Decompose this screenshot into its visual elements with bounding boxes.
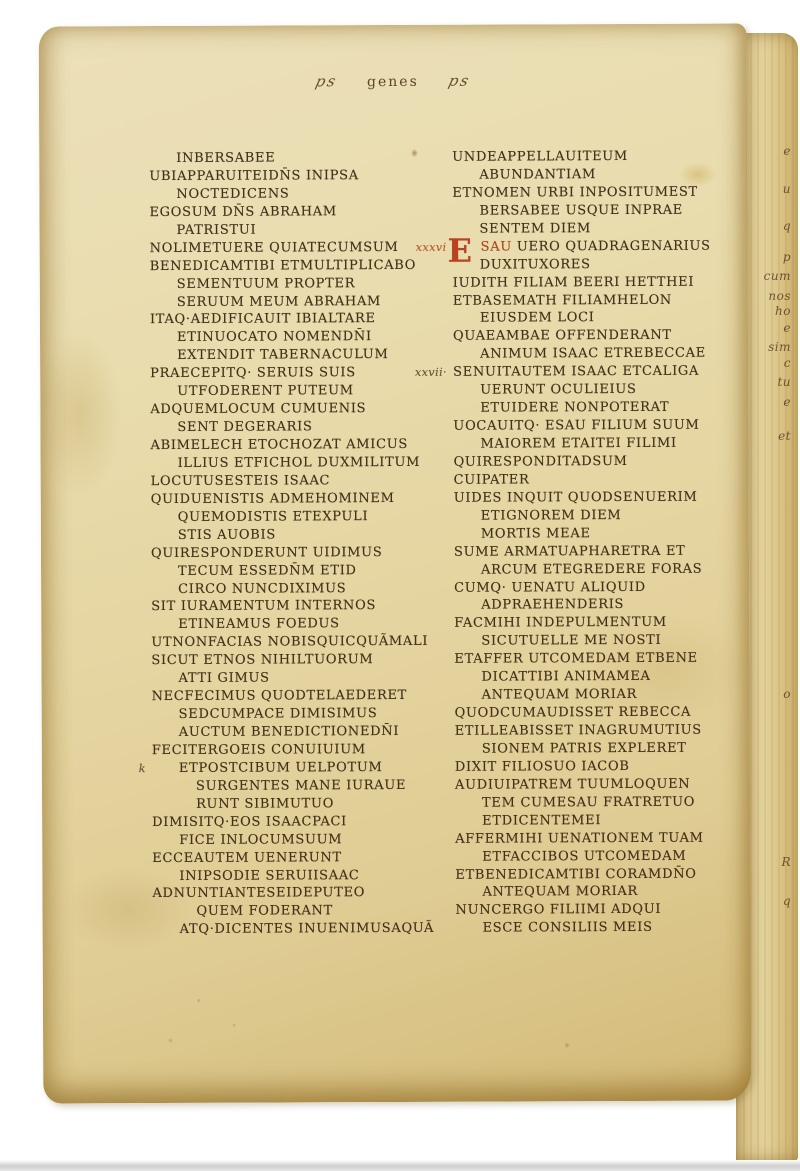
text-line: SENT DEGERARIS bbox=[150, 418, 470, 437]
margin-chapter-numeral: k bbox=[139, 761, 146, 776]
text-line: kETPOSTCIBUM UELPOTUM bbox=[152, 759, 472, 778]
line-text: BENEDICAMTIBI ETMULTIPLICABO bbox=[150, 258, 417, 274]
line-text: ETPOSTCIBUM UELPOTUM bbox=[179, 760, 383, 776]
text-line: FICE INLOCUMSUUM bbox=[152, 830, 472, 849]
text-line: TEM CUMESAU FRATRETUO bbox=[455, 793, 775, 812]
line-text: ILLIUS ETFICHOL DUXMILITUM bbox=[178, 455, 421, 471]
line-text: SEMENTUUM PROPTER bbox=[177, 276, 355, 292]
line-text: NOCTEDICENS bbox=[176, 186, 289, 201]
line-text: SUME ARMATUAPHARETRA ET bbox=[454, 543, 686, 559]
text-line: ADQUEMLOCUM CUMUENIS bbox=[150, 400, 470, 419]
text-line: EGOSUM DN̄S ABRAHAM bbox=[149, 202, 469, 221]
text-line: BERSABEE USQUE INPRAE bbox=[452, 201, 772, 220]
text-line: UOCAUITQ· ESAU FILIUM SUUM bbox=[453, 416, 773, 435]
fore-edge-letter: c bbox=[784, 357, 791, 369]
line-text: NECFECIMUS QUODTELAEDERET bbox=[152, 688, 408, 704]
text-line: TECUM ESSEDN̄M ETID bbox=[151, 561, 471, 580]
text-line: EIUSDEM LOCI bbox=[453, 309, 773, 328]
text-line: INIPSODIE SERUIISAAC bbox=[152, 866, 472, 885]
text-line: ILLIUS ETFICHOL DUXMILITUM bbox=[151, 454, 471, 473]
line-text: ETBENEDICAMTIBI CORAMDN̄O bbox=[455, 866, 696, 882]
line-text: ADQUEMLOCUM CUMUENIS bbox=[150, 401, 366, 417]
line-text: ANIMUM ISAAC ETREBECCAE bbox=[480, 346, 706, 362]
line-text: QUIRESPONDITADSUM bbox=[454, 454, 628, 470]
line-text: NUNCERGO FILIIMI ADQUI bbox=[455, 902, 661, 918]
line-text: EGOSUM DN̄S ABRAHAM bbox=[149, 204, 337, 220]
line-text: ECCEAUTEM UENERUNT bbox=[152, 850, 342, 866]
line-text: ETBASEMATH FILIAMHELON bbox=[453, 292, 672, 308]
text-line: ETINUOCATO NOMENDN̄I bbox=[150, 328, 470, 347]
fore-edge-letter: e bbox=[783, 322, 791, 334]
line-text: SICUTUELLE ME NOSTI bbox=[481, 633, 661, 649]
text-line: DUXITUXORES bbox=[453, 255, 773, 274]
text-line: ABUNDANTIAM bbox=[452, 165, 772, 184]
line-text: SIONEM PATRIS EXPLERET bbox=[482, 741, 687, 757]
text-line: ESCE CONSILIIS MEIS bbox=[456, 919, 776, 938]
text-line: MORTIS MEAE bbox=[454, 524, 774, 543]
line-text: UOCAUITQ· ESAU FILIUM SUUM bbox=[453, 418, 699, 434]
text-line: ABIMELECH ETOCHOZAT AMICUS bbox=[150, 436, 470, 455]
line-text: SURGENTES MANE IURAUE bbox=[196, 778, 406, 794]
text-line: SUME ARMATUAPHARETRA ET bbox=[454, 542, 774, 561]
line-text: ETNOMEN URBI INPOSITUMEST bbox=[452, 185, 698, 201]
text-line: UTNONFACIAS NOBISQUICQUÃMALI bbox=[151, 633, 471, 652]
line-text: UNDEAPPELLAUITEUM bbox=[452, 149, 628, 165]
line-text: ARCUM ETEGREDERE FORAS bbox=[481, 561, 702, 577]
text-line: SICUT ETNOS NIHILTUORUM bbox=[151, 651, 471, 670]
text-column-right: UNDEAPPELLAUITEUMABUNDANTIAMETNOMEN URBI… bbox=[452, 147, 775, 938]
line-text: TEM CUMESAU FRATRETUO bbox=[482, 794, 695, 810]
text-line: ETBASEMATH FILIAMHELON bbox=[453, 291, 773, 310]
line-text: DIMISITQ·EOS ISAACPACI bbox=[152, 814, 347, 830]
text-line: DIXIT FILIOSUO IACOB bbox=[455, 757, 775, 776]
text-line: MAIOREM ETAITEI FILIMI bbox=[453, 434, 773, 453]
line-text: UTNONFACIAS NOBISQUICQUÃMALI bbox=[151, 634, 428, 650]
line-text: NOLIMETUERE QUIATECUMSUM bbox=[150, 240, 399, 256]
line-text: ADPRAEHENDERIS bbox=[481, 597, 624, 613]
text-line: ETNOMEN URBI INPOSITUMEST bbox=[452, 183, 772, 202]
line-text: ATQ·DICENTES INUENIMUSAQUÃ bbox=[180, 921, 435, 937]
fore-edge-letter: u bbox=[783, 183, 791, 195]
line-text: QUODCUMAUDISSET REBECCA bbox=[455, 705, 691, 721]
text-line: SICUTUELLE ME NOSTI bbox=[454, 632, 774, 651]
line-text: ETINUOCATO NOMENDN̄I bbox=[177, 329, 372, 345]
text-line: QUIRESPONDERUNT UIDIMUS bbox=[151, 543, 471, 562]
line-text: ETIGNOREM DIEM bbox=[481, 508, 622, 524]
line-text: UBIAPPARUITEIDN̄S INIPSA bbox=[149, 168, 359, 184]
text-line: ETINEAMUS FOEDUS bbox=[151, 615, 471, 634]
text-line: ANIMUM ISAAC ETREBECCAE bbox=[453, 345, 773, 364]
line-text: FACMIHI INDEPULMENTUM bbox=[454, 615, 667, 631]
left-flourish-mark: ps bbox=[314, 72, 340, 90]
line-text: QUIDUENISTIS ADMEHOMINEM bbox=[151, 491, 395, 507]
line-text: ITAQ·AEDIFICAUIT IBIALTARE bbox=[150, 312, 376, 328]
line-text: AUCTUM BENEDICTIONEDN̄I bbox=[179, 724, 400, 740]
fore-edge-letter: ho bbox=[775, 305, 791, 317]
text-line: AUCTUM BENEDICTIONEDN̄I bbox=[152, 723, 472, 742]
text-line: UERUNT OCULIEIUS bbox=[453, 381, 773, 400]
line-text: UIDES INQUIT QUODSENUERIM bbox=[454, 489, 698, 505]
line-text: CUMQ· UENATU ALIQUID bbox=[454, 579, 646, 595]
text-line: NOCTEDICENS bbox=[149, 185, 469, 204]
line-text: TECUM ESSEDN̄M ETID bbox=[178, 563, 357, 579]
line-text: ETAFFER UTCOMEDAM ETBENE bbox=[454, 651, 698, 667]
line-text: PATRISTUI bbox=[177, 222, 257, 237]
text-line: BENEDICAMTIBI ETMULTIPLICABO bbox=[150, 256, 470, 275]
line-text: RUNT SIBIMUTUO bbox=[196, 796, 334, 812]
fore-edge-letter: p bbox=[783, 251, 791, 263]
line-text: ANTEQUAM MORIAR bbox=[482, 687, 638, 703]
text-line: QUEMODISTIS ETEXPULI bbox=[151, 507, 471, 526]
margin-chapter-numeral: xxvii· bbox=[415, 365, 447, 380]
text-line: SIONEM PATRIS EXPLERET bbox=[455, 739, 775, 758]
text-line: CUIPATER bbox=[454, 470, 774, 489]
line-text: DIXIT FILIOSUO IACOB bbox=[455, 759, 630, 775]
line-text: SICUT ETNOS NIHILTUORUM bbox=[151, 652, 373, 668]
line-text: SAU UERO QUADRAGENARIUS bbox=[453, 237, 711, 256]
text-line: ATTI GIMUS bbox=[151, 669, 471, 688]
text-line: SURGENTES MANE IURAUE bbox=[152, 776, 472, 795]
line-text: MAIOREM ETAITEI FILIMI bbox=[480, 436, 676, 452]
line-text: INBERSABEE bbox=[176, 151, 275, 166]
right-flourish-mark: ps bbox=[447, 72, 473, 90]
line-text: PRAECEPITQ· SERUIS SUIS bbox=[150, 365, 356, 381]
text-line: SIT IURAMENTUM INTERNOS bbox=[151, 597, 471, 616]
text-line: FECITERGOEIS CONUIUIUM bbox=[152, 741, 472, 760]
text-line: SEMENTUUM PROPTER bbox=[150, 274, 470, 293]
rubric-lead-text: SAU bbox=[481, 239, 517, 254]
line-text: DUXITUXORES bbox=[480, 257, 591, 272]
text-line: FACMIHI INDEPULMENTUM bbox=[454, 614, 774, 633]
fore-edge-letter: q bbox=[783, 220, 791, 232]
manuscript-page: psgenesps INBERSABEEUBIAPPARUITEIDN̄S IN… bbox=[39, 23, 752, 1103]
line-text: MORTIS MEAE bbox=[481, 526, 591, 541]
text-line: QUIRESPONDITADSUM bbox=[454, 452, 774, 471]
line-text: SENUITAUTEM ISAAC ETCALIGA bbox=[453, 364, 699, 380]
rubric-initial: E bbox=[448, 234, 473, 266]
margin-chapter-numeral: xxxvi bbox=[416, 239, 447, 254]
text-line: SEDCUMPACE DIMISIMUS bbox=[152, 705, 472, 724]
line-text: AFFERMIHI UENATIONEM TUAM bbox=[455, 830, 704, 846]
text-line: INBERSABEE bbox=[149, 149, 469, 168]
line-text: SENTEM DIEM bbox=[480, 221, 592, 236]
text-line: STIS AUOBIS bbox=[151, 525, 471, 544]
photo-bottom-strip bbox=[0, 1160, 800, 1171]
line-text: ESCE CONSILIIS MEIS bbox=[483, 920, 653, 936]
line-text: STIS AUOBIS bbox=[178, 527, 276, 542]
text-line: ITAQ·AEDIFICAUIT IBIALTARE bbox=[150, 310, 470, 329]
text-line: UNDEAPPELLAUITEUM bbox=[452, 147, 772, 166]
text-line: AFFERMIHI UENATIONEM TUAM bbox=[455, 829, 775, 848]
text-line: LOCUTUSESTEIS ISAAC bbox=[151, 472, 471, 491]
line-text: QUEMODISTIS ETEXPULI bbox=[178, 509, 369, 525]
line-text: UERUNT OCULIEIUS bbox=[480, 382, 636, 398]
text-line: UBIAPPARUITEIDN̄S INIPSA bbox=[149, 167, 469, 186]
line-text: ETILLEABISSET INAGRUMUTIUS bbox=[455, 723, 702, 739]
text-line: NUNCERGO FILIIMI ADQUI bbox=[455, 901, 775, 920]
text-line: AUDIUIPATREM TUUMLOQUEN bbox=[455, 775, 775, 794]
line-text: EXTENDIT TABERNACULUM bbox=[177, 347, 388, 363]
text-line: ECCEAUTEM UENERUNT bbox=[152, 848, 472, 867]
line-text: QUIRESPONDERUNT UIDIMUS bbox=[151, 545, 383, 561]
line-text: ABIMELECH ETOCHOZAT AMICUS bbox=[150, 437, 408, 453]
text-line: ETIGNOREM DIEM bbox=[454, 506, 774, 525]
text-line: DICATTIBI ANIMAMEA bbox=[454, 668, 774, 687]
fore-edge-letter: e bbox=[783, 145, 791, 157]
line-text: ETDICENTEMEI bbox=[482, 813, 601, 829]
text-line: QUIDUENISTIS ADMEHOMINEM bbox=[151, 489, 471, 508]
fore-edge-letter: R bbox=[781, 856, 791, 868]
line-text: SIT IURAMENTUM INTERNOS bbox=[151, 599, 376, 615]
line-text: BERSABEE USQUE INPRAE bbox=[479, 203, 683, 219]
text-line: IUDITH FILIAM BEERI HETTHEI bbox=[453, 273, 773, 292]
line-text: ANTEQUAM MORIAR bbox=[482, 884, 638, 900]
line-text: FECITERGOEIS CONUIUIUM bbox=[152, 742, 366, 758]
running-title-text: genes bbox=[367, 74, 419, 90]
text-line: xxxviESAU UERO QUADRAGENARIUS bbox=[453, 237, 773, 256]
line-text: IUDITH FILIAM BEERI HETTHEI bbox=[453, 274, 694, 290]
line-text: CUIPATER bbox=[454, 472, 530, 487]
fore-edge-letter: o bbox=[783, 688, 791, 700]
text-line: xxvii·SENUITAUTEM ISAAC ETCALIGA bbox=[453, 363, 773, 382]
text-line: DIMISITQ·EOS ISAACPACI bbox=[152, 812, 472, 831]
fore-edge-letter: q bbox=[783, 895, 791, 907]
text-line: UTFODERENT PUTEUM bbox=[150, 382, 470, 401]
line-text: EIUSDEM LOCI bbox=[480, 311, 595, 327]
line-text: FICE INLOCUMSUUM bbox=[179, 832, 342, 848]
text-line: PATRISTUI bbox=[150, 220, 470, 239]
text-line: NECFECIMUS QUODTELAEDERET bbox=[152, 687, 472, 706]
text-line: UIDES INQUIT QUODSENUERIM bbox=[454, 488, 774, 507]
line-text: SENT DEGERARIS bbox=[177, 419, 312, 435]
text-line: QUAEAMBAE OFFENDERANT bbox=[453, 327, 773, 346]
running-title: psgenesps bbox=[39, 70, 747, 91]
line-text: ATTI GIMUS bbox=[178, 671, 269, 686]
text-line: ADNUNTIANTESEIDEPUTEO bbox=[152, 884, 472, 903]
text-line: SERUUM MEUM ABRAHAM bbox=[150, 292, 470, 311]
line-text: QUAEAMBAE OFFENDERANT bbox=[453, 328, 672, 344]
line-text: QUEM FODERANT bbox=[196, 904, 333, 920]
text-line: QUEM FODERANT bbox=[152, 902, 472, 921]
text-line: SENTEM DIEM bbox=[453, 219, 773, 238]
text-line: ARCUM ETEGREDERE FORAS bbox=[454, 560, 774, 579]
text-line: ETDICENTEMEI bbox=[455, 811, 775, 830]
text-line: ETUIDERE NONPOTERAT bbox=[453, 398, 773, 417]
text-line: QUODCUMAUDISSET REBECCA bbox=[455, 703, 775, 722]
text-line: CUMQ· UENATU ALIQUID bbox=[454, 578, 774, 597]
text-line: RUNT SIBIMUTUO bbox=[152, 794, 472, 813]
fore-edge-letter: e bbox=[783, 396, 791, 408]
line-text: UTFODERENT PUTEUM bbox=[177, 383, 354, 399]
text-column-left: INBERSABEEUBIAPPARUITEIDN̄S INIPSANOCTED… bbox=[149, 149, 472, 940]
line-text: INIPSODIE SERUIISAAC bbox=[179, 868, 359, 884]
text-line: CIRCO NUNCDIXIMUS bbox=[151, 579, 471, 598]
line-text: ETUIDERE NONPOTERAT bbox=[480, 400, 669, 416]
line-text: SEDCUMPACE DIMISIMUS bbox=[179, 706, 378, 722]
line-text: SERUUM MEUM ABRAHAM bbox=[177, 294, 381, 310]
line-text: ADNUNTIANTESEIDEPUTEO bbox=[152, 886, 365, 902]
text-line: ATQ·DICENTES INUENIMUSAQUÃ bbox=[153, 920, 473, 939]
text-line: ETBENEDICAMTIBI CORAMDN̄O bbox=[455, 865, 775, 884]
line-text: LOCUTUSESTEIS ISAAC bbox=[151, 473, 331, 489]
text-line: ANTEQUAM MORIAR bbox=[455, 685, 775, 704]
line-text: AUDIUIPATREM TUUMLOQUEN bbox=[455, 777, 690, 793]
text-line: ETILLEABISSET INAGRUMUTIUS bbox=[455, 721, 775, 740]
line-text: ETFACCIBOS UTCOMEDAM bbox=[482, 848, 686, 864]
text-line: ETFACCIBOS UTCOMEDAM bbox=[455, 847, 775, 866]
fore-edge-letter: tu bbox=[777, 376, 791, 388]
line-text: DICATTIBI ANIMAMEA bbox=[481, 669, 650, 685]
fore-edge-letter: et bbox=[778, 430, 791, 442]
text-line: ANTEQUAM MORIAR bbox=[455, 883, 775, 902]
text-line: EXTENDIT TABERNACULUM bbox=[150, 346, 470, 365]
text-line: ADPRAEHENDERIS bbox=[454, 596, 774, 615]
line-text: ETINEAMUS FOEDUS bbox=[178, 617, 340, 633]
line-text: ABUNDANTIAM bbox=[479, 167, 596, 183]
text-line: ETAFFER UTCOMEDAM ETBENE bbox=[454, 650, 774, 669]
line-text: CIRCO NUNCDIXIMUS bbox=[178, 581, 346, 597]
